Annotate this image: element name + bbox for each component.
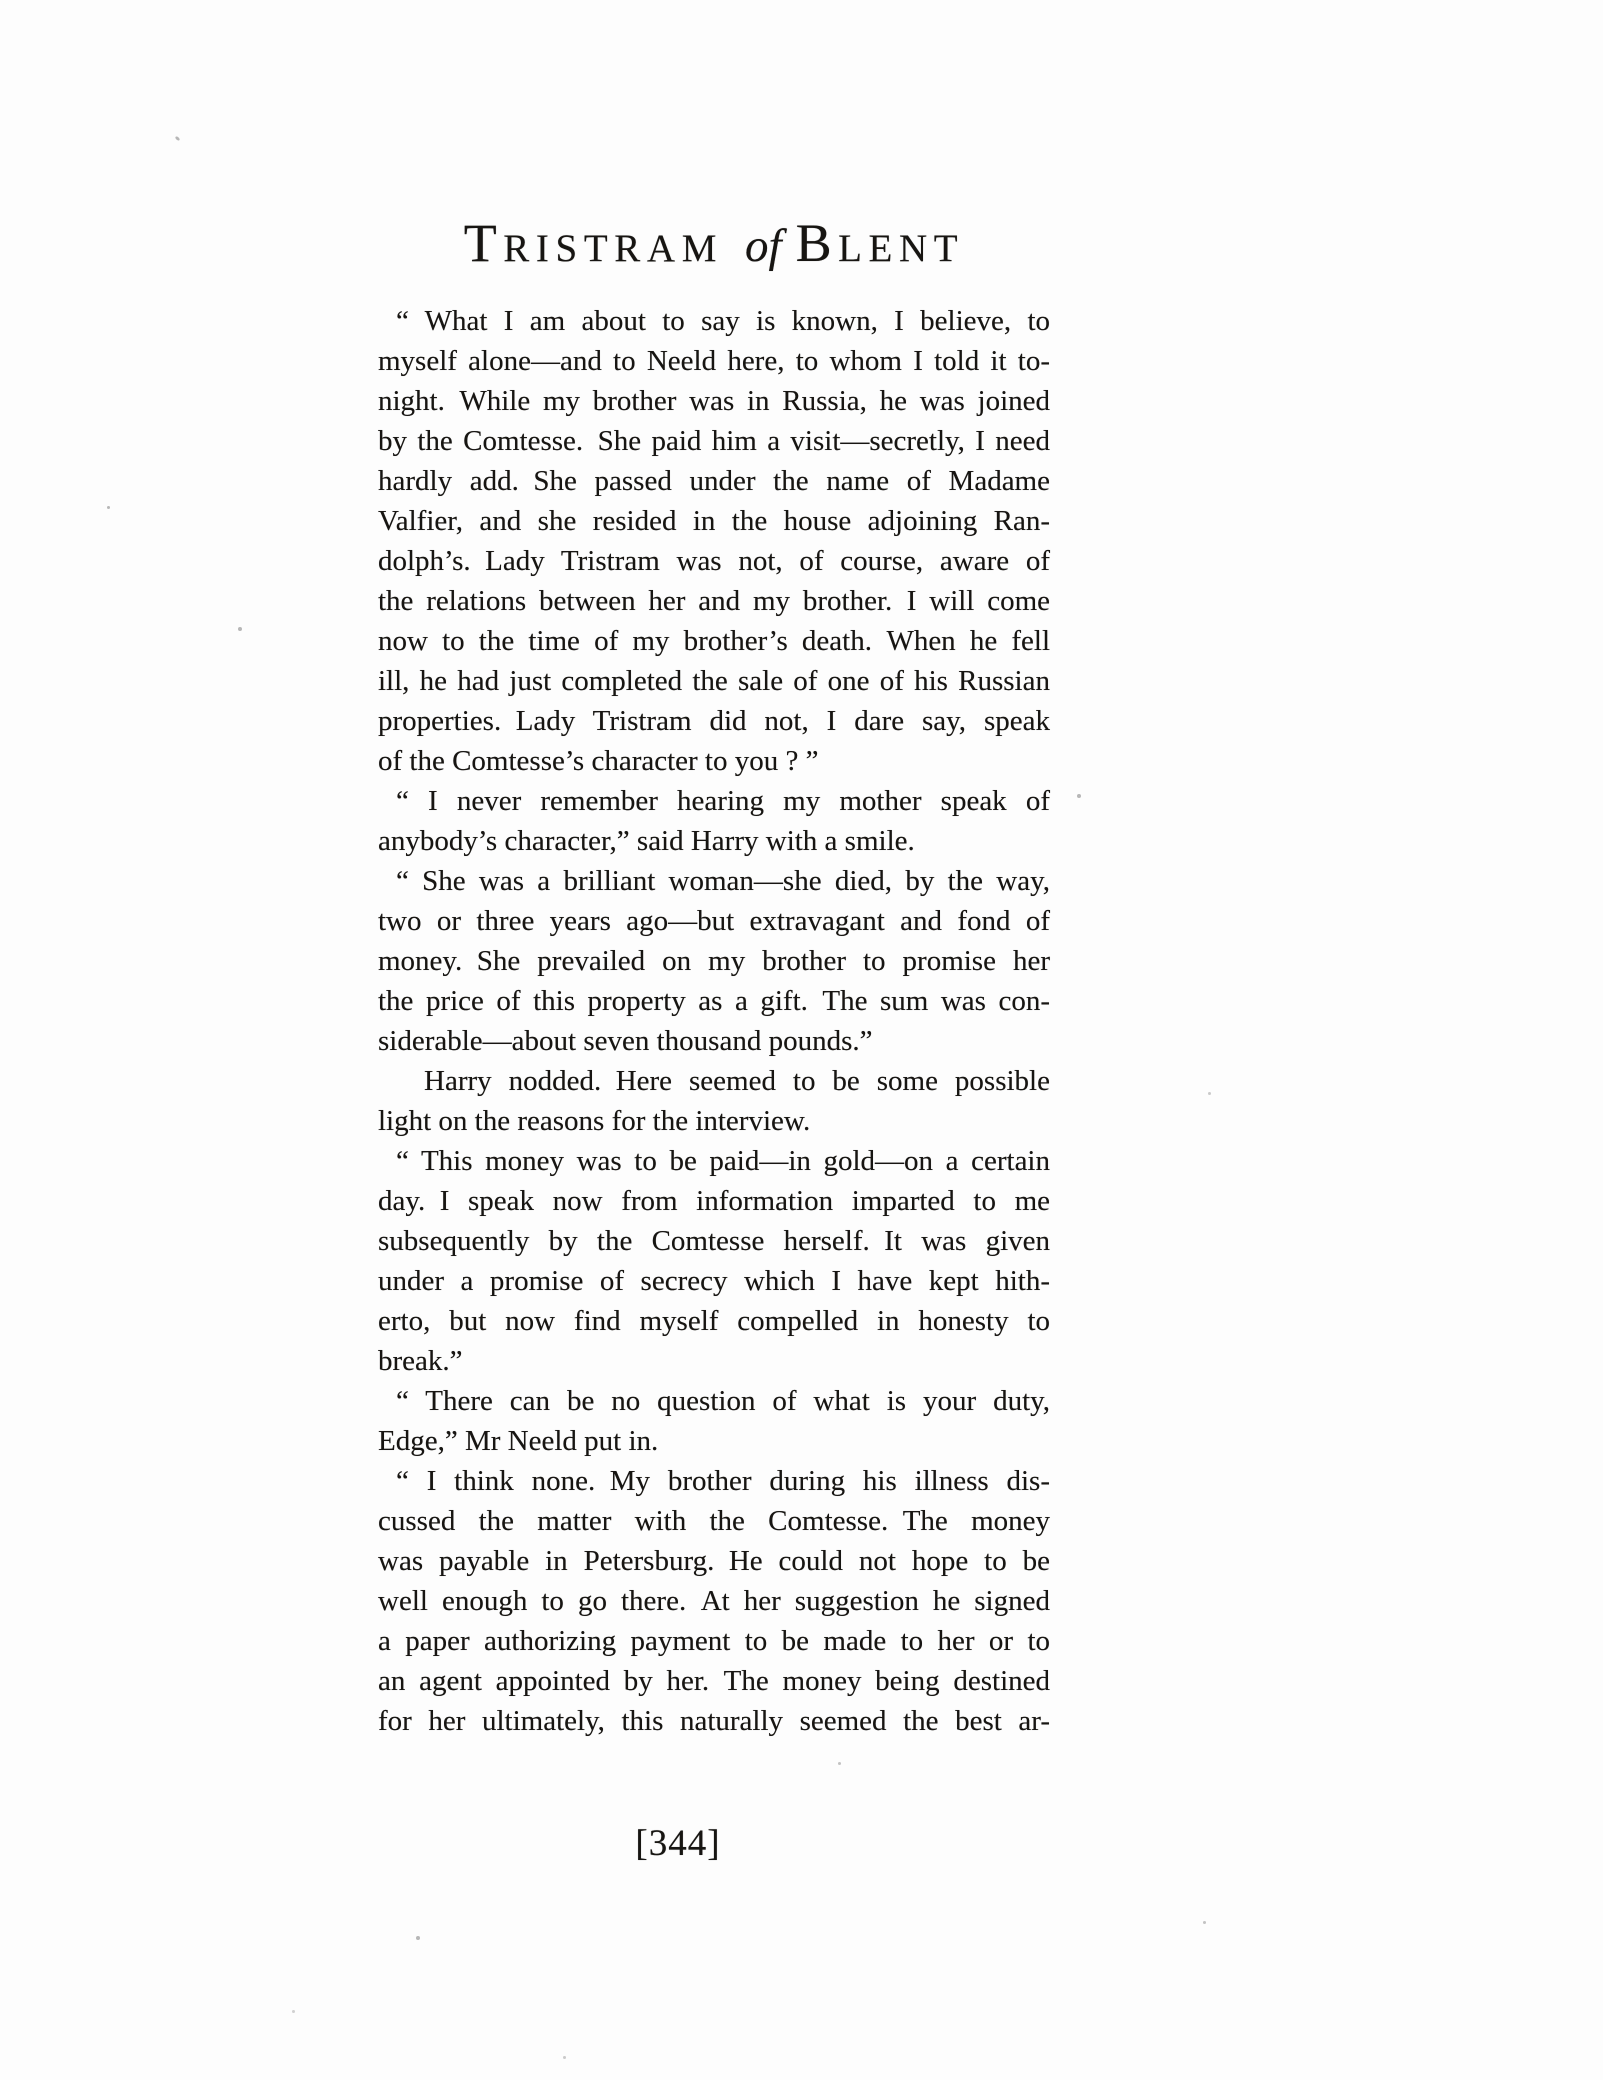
- text-line: of the Comtesse’s character to you ? ”: [378, 741, 1050, 781]
- text-line: Harry nodded. Here seemed to be some pos…: [378, 1061, 1050, 1101]
- paragraph: “ She was a brilliant woman—she died, by…: [378, 861, 1050, 1061]
- text-line: for her ultimately, this naturally seeme…: [378, 1701, 1050, 1741]
- text-line: two or three years ago—but extravagant a…: [378, 901, 1050, 941]
- text-line: Edge,” Mr Neeld put in.: [378, 1421, 1050, 1461]
- text-line: “ There can be no question of what is yo…: [378, 1381, 1050, 1421]
- text-line: the price of this property as a gift. Th…: [378, 981, 1050, 1021]
- paragraph: “ This money was to be paid—in gold—on a…: [378, 1141, 1050, 1381]
- text-line: light on the reasons for the interview.: [378, 1101, 1050, 1141]
- text-line: an agent appointed by her. The money bei…: [378, 1661, 1050, 1701]
- text-line: by the Comtesse. She paid him a visit—se…: [378, 421, 1050, 461]
- scan-speckle: [292, 2010, 295, 2013]
- title-smallcaps-ristram: RISTRAM: [503, 227, 723, 270]
- text-line: ill, he had just completed the sale of o…: [378, 661, 1050, 701]
- text-line: the relations between her and my brother…: [378, 581, 1050, 621]
- scan-speckle: [175, 136, 181, 142]
- text-line: was payable in Petersburg. He could not …: [378, 1541, 1050, 1581]
- scan-speckle: [238, 627, 242, 631]
- paragraph: “ What I am about to say is known, I bel…: [378, 301, 1050, 781]
- text-line: now to the time of my brother’s death. W…: [378, 621, 1050, 661]
- text-line: well enough to go there. At her suggesti…: [378, 1581, 1050, 1621]
- scan-speckle: [416, 1936, 420, 1940]
- paragraph: “ I think none. My brother during his il…: [378, 1461, 1050, 1741]
- text-line: “ This money was to be paid—in gold—on a…: [378, 1141, 1050, 1181]
- text-line: Valfier, and she resided in the house ad…: [378, 501, 1050, 541]
- scan-speckle: [838, 1762, 841, 1765]
- page-body: “ What I am about to say is known, I bel…: [378, 301, 1050, 1741]
- scan-speckle: [1208, 1092, 1211, 1095]
- text-line: erto, but now find myself compelled in h…: [378, 1301, 1050, 1341]
- scan-speckle: [1077, 794, 1081, 798]
- page-title: TRISTRAMofBLENT: [378, 212, 1050, 274]
- page-number: [344]: [342, 1822, 1014, 1865]
- title-initial-b: B: [796, 213, 839, 273]
- text-line: break.”: [378, 1341, 1050, 1381]
- text-line: “ I think none. My brother during his il…: [378, 1461, 1050, 1501]
- title-smallcaps-lent: LENT: [838, 227, 964, 270]
- text-line: cussed the matter with the Comtesse. The…: [378, 1501, 1050, 1541]
- text-line: “ I never remember hearing my mother spe…: [378, 781, 1050, 821]
- paragraph: “ There can be no question of what is yo…: [378, 1381, 1050, 1461]
- text-line: day. I speak now from information impart…: [378, 1181, 1050, 1221]
- text-line: “ What I am about to say is known, I bel…: [378, 301, 1050, 341]
- book-page-scan: TRISTRAMofBLENT “ What I am about to say…: [0, 0, 1603, 2080]
- text-line: dolph’s. Lady Tristram was not, of cours…: [378, 541, 1050, 581]
- paragraph: Harry nodded. Here seemed to be some pos…: [378, 1061, 1050, 1141]
- text-line: siderable—about seven thousand pounds.”: [378, 1021, 1050, 1061]
- text-line: hardly add. She passed under the name of…: [378, 461, 1050, 501]
- text-line: anybody’s character,” said Harry with a …: [378, 821, 1050, 861]
- text-line: myself alone—and to Neeld here, to whom …: [378, 341, 1050, 381]
- scan-speckle: [1203, 1921, 1206, 1924]
- paragraph: “ I never remember hearing my mother spe…: [378, 781, 1050, 861]
- text-line: money. She prevailed on my brother to pr…: [378, 941, 1050, 981]
- title-initial-t: T: [464, 213, 503, 273]
- scan-speckle: [107, 506, 110, 509]
- title-connector-of: of: [745, 220, 782, 272]
- text-line: a paper authorizing payment to be made t…: [378, 1621, 1050, 1661]
- text-line: night. While my brother was in Russia, h…: [378, 381, 1050, 421]
- scan-speckle: [563, 2056, 566, 2059]
- text-line: subsequently by the Comtesse herself. It…: [378, 1221, 1050, 1261]
- text-line: under a promise of secrecy which I have …: [378, 1261, 1050, 1301]
- text-line: “ She was a brilliant woman—she died, by…: [378, 861, 1050, 901]
- text-line: properties. Lady Tristram did not, I dar…: [378, 701, 1050, 741]
